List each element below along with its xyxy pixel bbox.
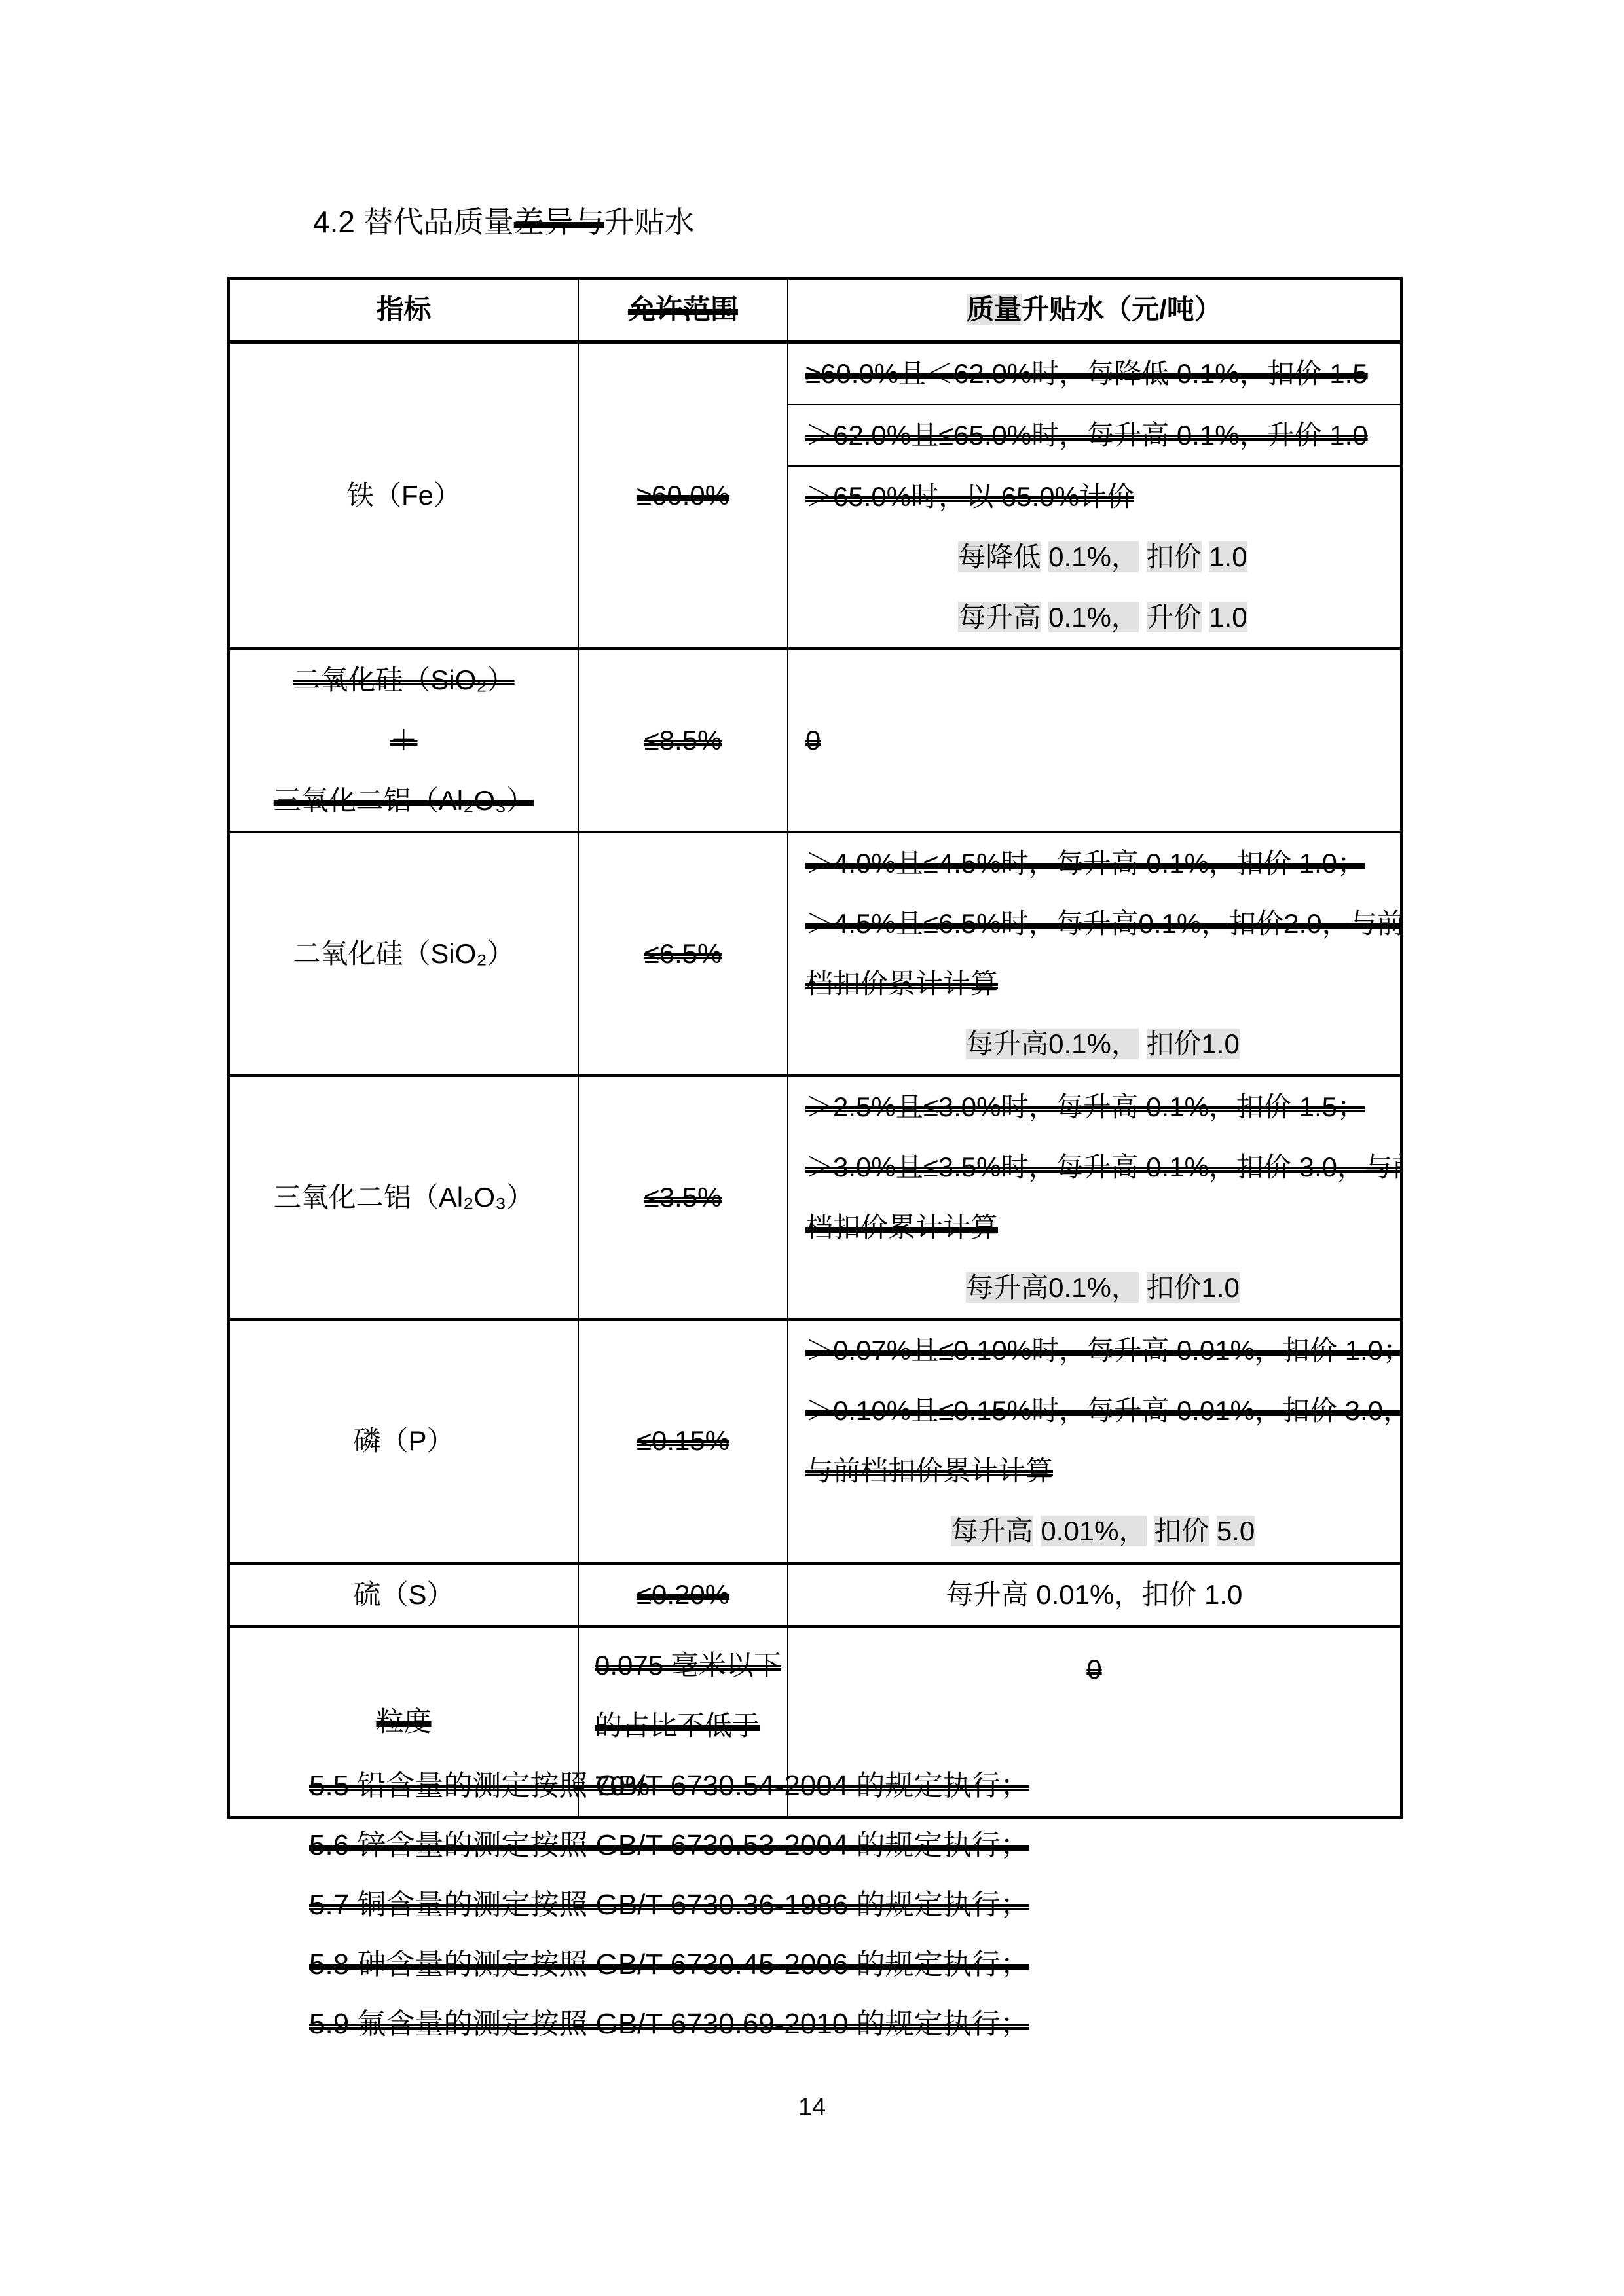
highlighted-text: 质量 — [967, 294, 1022, 325]
section-title: 4.2 替代品质量差异与升贴水 — [313, 203, 695, 241]
text-segment: 铁（Fe） — [346, 480, 461, 511]
deleted-text: ＞4.5%且≤6.5%时，每升高0.1%，扣价2.0，与前 — [805, 908, 1401, 939]
deleted-text: ＋ — [390, 725, 417, 756]
section-title-suffix: 升贴水 — [604, 205, 695, 239]
text-segment — [1139, 1272, 1147, 1303]
text-line: ＞62.0%且≤65.0%时，每升高 0.1%，升价 1.0 — [805, 405, 1400, 465]
text-segment: 指标 — [376, 294, 431, 325]
text-line: 指标 — [230, 280, 578, 340]
deleted-text: 档扣价累计计算 — [805, 968, 998, 999]
cell-s-range: ≤0.20% — [578, 1563, 788, 1626]
deleted-text: ≤3.5% — [644, 1182, 722, 1212]
deleted-text: ＞4.0%且≤4.5%时，每升高 0.1%，扣价 1.0； — [805, 848, 1365, 879]
cell-fe-indicator: 铁（Fe） — [229, 342, 578, 649]
highlighted-text: 1.0 — [1209, 541, 1247, 572]
text-line: ＞0.10%且≤0.15%时，每升高 0.01%，扣价 3.0， — [805, 1381, 1400, 1441]
text-line: 每升高 0.01%， 扣价 5.0 — [805, 1501, 1400, 1561]
text-segment — [1209, 1516, 1217, 1546]
text-line: 二氧化硅（SiO₂） — [230, 650, 578, 710]
text-line: 0.075 毫米以下 — [595, 1635, 787, 1696]
cell-p-premium: ＞0.07%且≤0.10%时，每升高 0.01%，扣价 1.0；＞0.10%且≤… — [788, 1319, 1401, 1563]
cell-sio2al-range: ≤8.5% — [578, 649, 788, 832]
text-segment: 硫（S） — [353, 1579, 454, 1610]
table-row-fe1: 铁（Fe）≥60.0%≥60.0%且＜62.0%时，每降低 0.1%，扣价 1.… — [229, 342, 1401, 405]
text-line: ≤6.5% — [579, 924, 787, 984]
deleted-text: 档扣价累计计算 — [805, 1212, 998, 1243]
text-segment — [1033, 1516, 1041, 1546]
text-line: ＋ — [230, 710, 578, 771]
quality-table: 指标允许范围质量升贴水（元/吨）铁（Fe）≥60.0%≥60.0%且＜62.0%… — [227, 277, 1403, 1819]
notes: 5.5 铅含量的测定按照 GB/T 6730.54-2004 的规定执行；5.6… — [309, 1756, 1029, 2054]
deleted-text: 允许范围 — [628, 294, 738, 325]
text-line: 每升高 0.1%， 升价 1.0 — [805, 587, 1400, 647]
cell-fe-tier3: ＞65.0%时，以 65.0%计价每降低 0.1%， 扣价 1.0每升高 0.1… — [788, 466, 1401, 649]
cell-sio2-indicator: 二氧化硅（SiO₂） — [229, 832, 578, 1076]
deleted-text: ＞3.0%且≤3.5%时，每升高 0.1%，扣价 3.0，与前 — [805, 1152, 1401, 1182]
text-segment — [1202, 541, 1209, 572]
deleted-text: ＞0.10%且≤0.15%时，每升高 0.01%，扣价 3.0， — [805, 1395, 1401, 1426]
text-line: 二氧化硅（SiO₂） — [230, 924, 578, 984]
text-segment — [1147, 1516, 1154, 1546]
deleted-text: 0.075 毫米以下 — [595, 1650, 781, 1681]
deleted-text: ≤8.5% — [644, 725, 722, 756]
cell-fe-tier2: ＞62.0%且≤65.0%时，每升高 0.1%，升价 1.0 — [788, 405, 1401, 466]
text-line: ＞2.5%且≤3.0%时，每升高 0.1%，扣价 1.5； — [805, 1077, 1400, 1137]
highlighted-text: 升价 — [1147, 602, 1202, 632]
cell-al2o3-indicator: 三氧化二铝（Al₂O₃） — [229, 1076, 578, 1319]
note-line-3: 5.7 铜含量的测定按照 GB/T 6730.36-1986 的规定执行； — [309, 1875, 1029, 1935]
deleted-text: 0 — [1086, 1654, 1101, 1685]
text-line: 三氧化二铝（Al₂O₃） — [230, 1167, 578, 1228]
text-line: 档扣价累计计算 — [805, 1197, 1400, 1258]
text-line: 每升高0.1%， 扣价1.0 — [805, 1258, 1400, 1318]
deleted-text: ＞65.0%时，以 65.0%计价 — [805, 481, 1134, 512]
text-line: 的占比不低于 — [595, 1696, 787, 1756]
highlighted-text: 扣价1.0 — [1147, 1272, 1240, 1303]
note-line-1: 5.5 铅含量的测定按照 GB/T 6730.54-2004 的规定执行； — [309, 1756, 1029, 1815]
cell-sio2al-premium: 0 — [788, 649, 1401, 832]
deleted-text: ＞62.0%且≤65.0%时，每升高 0.1%，升价 1.0 — [805, 420, 1368, 450]
deleted-text: ≤0.15% — [637, 1425, 729, 1456]
text-segment: 每升高 0.01%，扣价 1.0 — [946, 1579, 1243, 1610]
text-line: 硫（S） — [230, 1565, 578, 1625]
text-line: ≤3.5% — [579, 1167, 787, 1228]
text-line: ≤0.15% — [579, 1411, 787, 1471]
table-row-p: 磷（P）≤0.15%＞0.07%且≤0.10%时，每升高 0.01%，扣价 1.… — [229, 1319, 1401, 1563]
cell-al2o3-premium: ＞2.5%且≤3.0%时，每升高 0.1%，扣价 1.5；＞3.0%且≤3.5%… — [788, 1076, 1401, 1319]
cell-fe-range: ≥60.0% — [578, 342, 788, 649]
text-line: 每升高 0.01%，扣价 1.0 — [788, 1565, 1400, 1625]
highlighted-text: 0.1%， — [1048, 602, 1139, 632]
text-line: 质量升贴水（元/吨） — [788, 280, 1400, 340]
highlighted-text: 0.01%， — [1041, 1516, 1146, 1546]
hdr-indicator: 指标 — [229, 278, 578, 342]
note-line-2: 5.6 锌含量的测定按照 GB/T 6730.53-2004 的规定执行； — [309, 1815, 1029, 1875]
deleted-text: ≥60.0%且＜62.0%时，每降低 0.1%，扣价 1.5 — [805, 358, 1368, 389]
quality-table-wrapper: 指标允许范围质量升贴水（元/吨）铁（Fe）≥60.0%≥60.0%且＜62.0%… — [227, 277, 1403, 1819]
deleted-text: ≥60.0% — [637, 480, 729, 511]
highlighted-text: 每升高0.1%， — [966, 1029, 1139, 1059]
text-line: 磷（P） — [230, 1411, 578, 1471]
deleted-text: 粒度 — [376, 1706, 431, 1737]
text-line: 0 — [788, 1639, 1400, 1700]
highlighted-text: 每升高0.1%， — [966, 1272, 1139, 1303]
cell-fe-tier1: ≥60.0%且＜62.0%时，每降低 0.1%，扣价 1.5 — [788, 342, 1401, 405]
text-line: 与前档扣价累计计算 — [805, 1441, 1400, 1501]
text-line: ≤0.20% — [579, 1565, 787, 1625]
highlighted-text: 5.0 — [1217, 1516, 1255, 1546]
text-segment: 磷（P） — [353, 1425, 454, 1456]
deleted-text: 二氧化硅（SiO₂） — [293, 665, 514, 695]
table-row-sio2al: 二氧化硅（SiO₂）＋三氧化二铝（Al₂O₃）≤8.5%0 — [229, 649, 1401, 832]
text-segment: 二氧化硅（SiO₂） — [293, 938, 514, 969]
table-row-al2o3: 三氧化二铝（Al₂O₃）≤3.5%＞2.5%且≤3.0%时，每升高 0.1%，扣… — [229, 1076, 1401, 1319]
text-line: ＞4.0%且≤4.5%时，每升高 0.1%，扣价 1.0； — [805, 833, 1400, 894]
section-title-deleted-text: 差异与 — [514, 205, 604, 239]
table-row-header: 指标允许范围质量升贴水（元/吨） — [229, 278, 1401, 342]
highlighted-text: 扣价 — [1147, 541, 1202, 572]
text-line: 允许范围 — [579, 280, 787, 340]
text-segment: 三氧化二铝（Al₂O₃） — [274, 1182, 534, 1212]
cell-sio2al-indicator: 二氧化硅（SiO₂）＋三氧化二铝（Al₂O₃） — [229, 649, 578, 832]
deleted-text: 0 — [805, 725, 821, 756]
text-line: 档扣价累计计算 — [805, 954, 1400, 1014]
cell-p-indicator: 磷（P） — [229, 1319, 578, 1563]
cell-s-premium: 每升高 0.01%，扣价 1.0 — [788, 1563, 1401, 1626]
highlighted-text: 扣价1.0 — [1147, 1029, 1240, 1059]
text-line: 铁（Fe） — [230, 465, 578, 526]
highlighted-text: 0.1%， — [1048, 541, 1139, 572]
text-segment — [1202, 602, 1209, 632]
deleted-text: 三氧化二铝（Al₂O₃） — [274, 785, 534, 816]
highlighted-text: 每降低 — [958, 541, 1041, 572]
text-segment — [1041, 541, 1048, 572]
text-line: 三氧化二铝（Al₂O₃） — [230, 771, 578, 831]
deleted-text: 与前档扣价累计计算 — [805, 1455, 1053, 1486]
note-line-5: 5.9 氟含量的测定按照 GB/T 6730.69-2010 的规定执行； — [309, 1994, 1029, 2054]
cell-s-indicator: 硫（S） — [229, 1563, 578, 1626]
note-line-4: 5.8 砷含量的测定按照 GB/T 6730.45-2006 的规定执行； — [309, 1935, 1029, 1994]
hdr-premium: 质量升贴水（元/吨） — [788, 278, 1401, 342]
text-line: 每升高0.1%， 扣价1.0 — [805, 1014, 1400, 1074]
highlighted-text: 每升高 — [951, 1516, 1033, 1546]
page-number: 14 — [0, 2094, 1624, 2122]
text-segment — [1139, 602, 1147, 632]
text-segment — [1139, 541, 1147, 572]
text-line: 每降低 0.1%， 扣价 1.0 — [805, 527, 1400, 587]
text-segment — [1139, 1029, 1147, 1059]
text-line: ≤8.5% — [579, 710, 787, 771]
deleted-text: ≤6.5% — [644, 938, 722, 969]
text-line: ＞65.0%时，以 65.0%计价 — [805, 467, 1400, 527]
text-line: ＞3.0%且≤3.5%时，每升高 0.1%，扣价 3.0，与前 — [805, 1137, 1400, 1197]
hdr-range: 允许范围 — [578, 278, 788, 342]
highlighted-text: 1.0 — [1209, 602, 1247, 632]
text-line: ≥60.0%且＜62.0%时，每降低 0.1%，扣价 1.5 — [805, 344, 1400, 404]
text-segment: 升贴水（元/吨） — [1022, 294, 1222, 325]
deleted-text: ＞2.5%且≤3.0%时，每升高 0.1%，扣价 1.5； — [805, 1091, 1365, 1122]
text-segment — [1041, 602, 1048, 632]
deleted-text: ≤0.20% — [637, 1579, 729, 1610]
highlighted-text: 每升高 — [958, 602, 1041, 632]
cell-sio2-range: ≤6.5% — [578, 832, 788, 1076]
quality-table-body: 指标允许范围质量升贴水（元/吨）铁（Fe）≥60.0%≥60.0%且＜62.0%… — [229, 278, 1401, 1817]
highlighted-text: 扣价 — [1154, 1516, 1209, 1546]
text-line: 粒度 — [230, 1692, 578, 1752]
section-title-prefix: 4.2 替代品质量 — [313, 205, 514, 239]
table-row-s: 硫（S）≤0.20%每升高 0.01%，扣价 1.0 — [229, 1563, 1401, 1626]
text-line: ＞0.07%且≤0.10%时，每升高 0.01%，扣价 1.0； — [805, 1321, 1400, 1381]
table-row-sio2: 二氧化硅（SiO₂）≤6.5%＞4.0%且≤4.5%时，每升高 0.1%，扣价 … — [229, 832, 1401, 1076]
deleted-text: 的占比不低于 — [595, 1710, 760, 1741]
text-line: 0 — [805, 710, 1400, 771]
text-line: ＞4.5%且≤6.5%时，每升高0.1%，扣价2.0，与前 — [805, 894, 1400, 954]
cell-p-range: ≤0.15% — [578, 1319, 788, 1563]
cell-sio2-premium: ＞4.0%且≤4.5%时，每升高 0.1%，扣价 1.0；＞4.5%且≤6.5%… — [788, 832, 1401, 1076]
cell-al2o3-range: ≤3.5% — [578, 1076, 788, 1319]
text-line: ≥60.0% — [579, 465, 787, 526]
deleted-text: ＞0.07%且≤0.10%时，每升高 0.01%，扣价 1.0； — [805, 1335, 1401, 1366]
